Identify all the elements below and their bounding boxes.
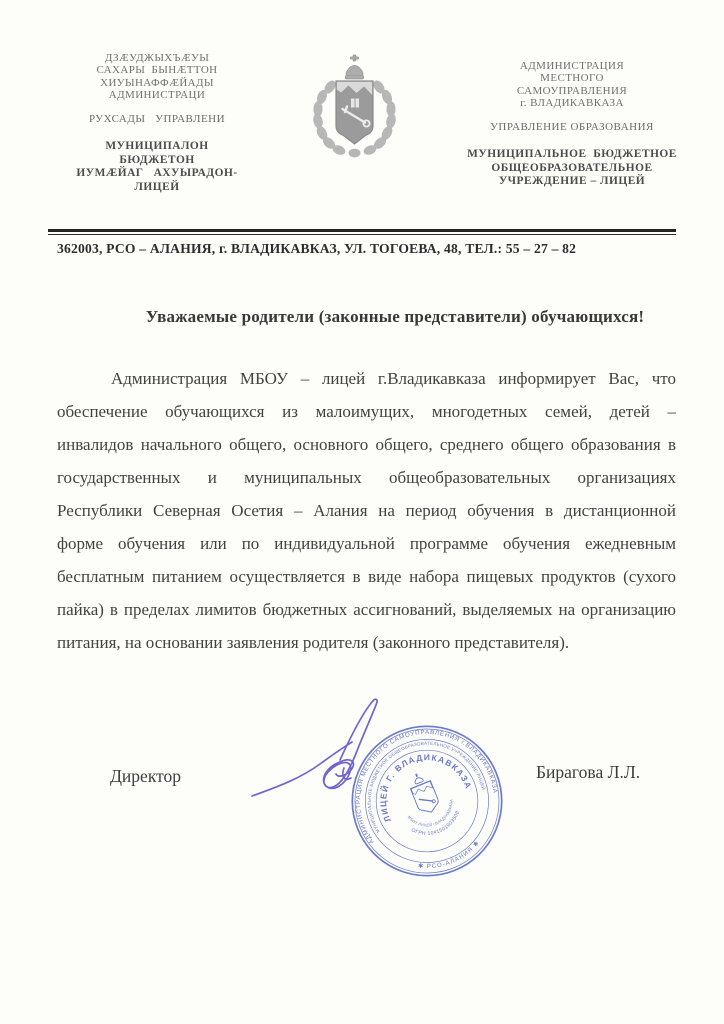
body-line: питания, на основании заявления родителя… [57, 626, 676, 659]
body-line: инвалидов начального общего, основного о… [57, 428, 676, 461]
header-left-department: РУХСАДЫ УПРАВЛЕНИ [52, 113, 262, 126]
header-right-block: АДМИНИСТРАЦИЯ МЕСТНОГО САМОУПРАВЛЕНИЯ г.… [448, 60, 696, 189]
header-left-line: ДЗÆУДЖЫХЪÆУЫ [52, 52, 262, 64]
header-right-org-line: МУНИЦИПАЛЬНОЕ БЮДЖЕТНОЕ [448, 148, 696, 162]
signer-position-label: Директор [110, 766, 181, 787]
body-line: обеспечение обучающихся из малоимущих, м… [57, 395, 676, 428]
header-left-line: ХИУЫНАФФÆЙАДЫ [52, 77, 262, 89]
body-line: пайка) в пределах лимитов бюджетных асси… [57, 593, 676, 626]
letter-body: Администрация МБОУ – лицей г.Владикавказ… [57, 362, 676, 659]
header-left-org-line: ИУМÆЙАГ АХУЫРАДОН- [52, 167, 262, 181]
header-right-department: УПРАВЛЕНИЕ ОБРАЗОВАНИЯ [448, 121, 696, 134]
header-right-org-line: ОБЩЕОБРАЗОВАТЕЛЬНОЕ [448, 162, 696, 176]
header-left-organization: МУНИЦИПАЛОН БЮДЖЕТОН ИУМÆЙАГ АХУЫРАДОН- … [52, 140, 262, 194]
header-right-org-line: УЧРЕЖДЕНИЕ – ЛИЦЕЙ [448, 175, 696, 189]
header-right-line: АДМИНИСТРАЦИЯ [448, 60, 696, 72]
header-left-org-line: ЛИЦЕЙ [52, 181, 262, 195]
address-line: 362003, РСО – АЛАНИЯ, г. ВЛАДИКАВКАЗ, УЛ… [57, 241, 697, 257]
body-line: бесплатным питанием осуществляется в вид… [57, 560, 676, 593]
body-line: Республики Северная Осетия – Алания на п… [57, 494, 676, 527]
header-left-line: АДМИНИСТРАЦИ [52, 89, 262, 101]
letter-page: ДЗÆУДЖЫХЪÆУЫ САХАРЫ БЫНÆТТОН ХИУЫНАФФÆЙА… [0, 0, 724, 1024]
body-line: форме обучения или по индивидуальной про… [57, 527, 676, 560]
header-right-line: САМОУПРАВЛЕНИЯ [448, 85, 696, 97]
header-right-line: МЕСТНОГО [448, 72, 696, 84]
header-right-organization: МУНИЦИПАЛЬНОЕ БЮДЖЕТНОЕ ОБЩЕОБРАЗОВАТЕЛЬ… [448, 148, 696, 189]
header-right-line: г. ВЛАДИКАВКАЗА [448, 97, 696, 109]
coat-of-arms-icon [305, 54, 404, 160]
handwritten-signature [248, 696, 418, 824]
header-left-line: САХАРЫ БЫНÆТТОН [52, 64, 262, 76]
letterhead-divider-rule [48, 229, 676, 235]
signer-name-label: Бирагова Л.Л. [536, 762, 640, 783]
header-left-block: ДЗÆУДЖЫХЪÆУЫ САХАРЫ БЫНÆТТОН ХИУЫНАФФÆЙА… [52, 52, 262, 195]
header-left-org-line: МУНИЦИПАЛОН [52, 140, 262, 154]
header-left-org-line: БЮДЖЕТОН [52, 154, 262, 168]
salutation-heading: Уважаемые родители (законные представите… [85, 307, 705, 327]
body-line: Администрация МБОУ – лицей г.Владикавказ… [57, 362, 676, 395]
body-line: государственных и муниципальных общеобра… [57, 461, 676, 494]
